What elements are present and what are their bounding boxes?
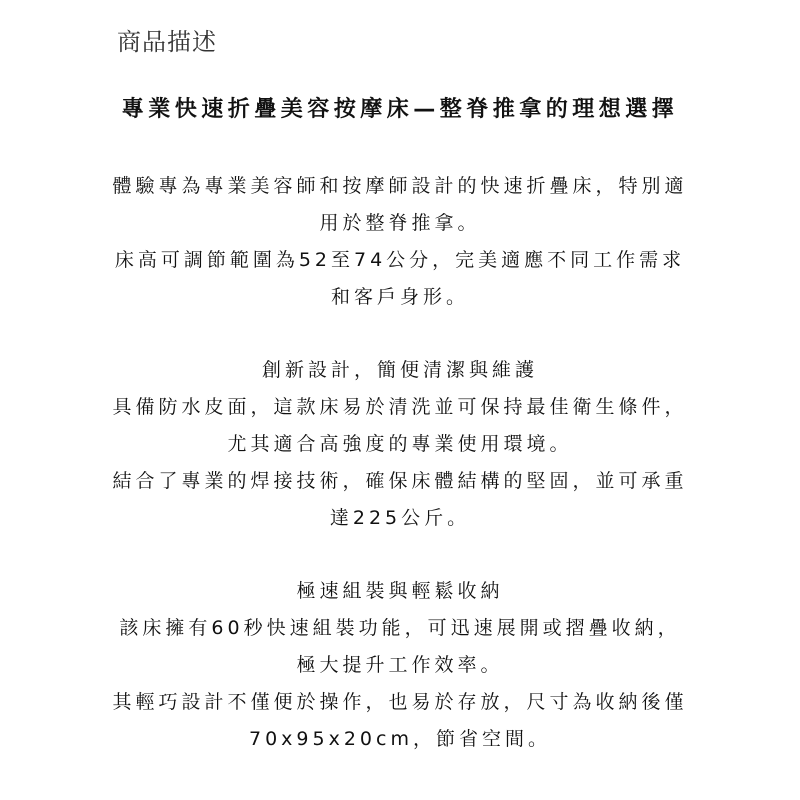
section-title: 商品描述: [117, 22, 217, 57]
design-block: 創新設計，簡便清潔與維護 具備防水皮面，這款床易於清洗並可保持最佳衛生條件，尤其…: [110, 352, 690, 537]
paragraph: 其輕巧設計不僅便於操作，也易於存放，尺寸為收納後僅70x95x20cm，節省空間…: [110, 684, 690, 758]
assembly-block: 極速組裝與輕鬆收納 該床擁有60秒快速組裝功能，可迅速展開或摺疊收納，極大提升工…: [110, 573, 690, 758]
sub-heading: 創新設計，簡便清潔與維護: [110, 352, 690, 389]
product-description: 專業快速折疊美容按摩床—整脊推拿的理想選擇 體驗專為專業美容師和按摩師設計的快速…: [110, 88, 690, 758]
paragraph: 床高可調節範圍為52至74公分，完美適應不同工作需求和客戶身形。: [110, 242, 690, 316]
paragraph: 該床擁有60秒快速組裝功能，可迅速展開或摺疊收納，極大提升工作效率。: [110, 610, 690, 684]
sub-heading: 極速組裝與輕鬆收納: [110, 573, 690, 610]
product-headline: 專業快速折疊美容按摩床—整脊推拿的理想選擇: [110, 88, 690, 132]
paragraph: 體驗專為專業美容師和按摩師設計的快速折疊床，特別適用於整脊推拿。: [110, 168, 690, 242]
intro-block: 體驗專為專業美容師和按摩師設計的快速折疊床，特別適用於整脊推拿。 床高可調節範圍…: [110, 168, 690, 316]
paragraph: 結合了專業的焊接技術，確保床體結構的堅固，並可承重達225公斤。: [110, 463, 690, 537]
paragraph: 具備防水皮面，這款床易於清洗並可保持最佳衛生條件，尤其適合高強度的專業使用環境。: [110, 389, 690, 463]
